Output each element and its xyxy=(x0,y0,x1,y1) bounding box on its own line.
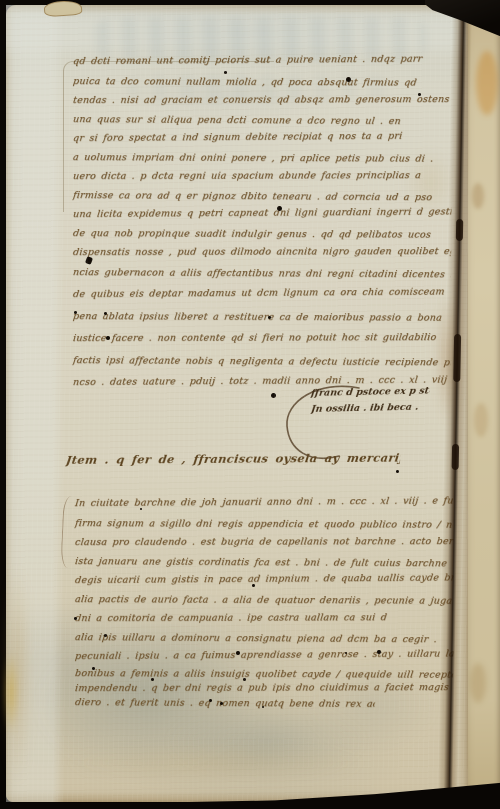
text-line: pecuniali . ipsiu . a ca fuimus aprendia… xyxy=(74,647,454,663)
ink-blot xyxy=(74,311,77,314)
text-line: qr si foro spectat a ind signum debite r… xyxy=(72,129,452,145)
text-line: alia pactis de aurio facta . a alia de q… xyxy=(74,593,453,608)
text-line: de qua nob propinque suadit indulgir gen… xyxy=(72,227,451,242)
text-line: firmisse ca ora ad q er pignoz dbito ten… xyxy=(72,189,451,204)
ink-blot xyxy=(92,667,95,670)
ink-blot xyxy=(140,508,142,510)
text-line: bonibus a feminis a aliis insuigis quoli… xyxy=(74,667,453,682)
section-heading: Jtem . q fer de , ffranciscus oysela ay … xyxy=(65,450,402,469)
text-line: alia ipis uillaru a dominoru a consignat… xyxy=(74,631,453,646)
stain xyxy=(476,51,498,115)
ink-blot xyxy=(104,634,107,637)
ink-blot xyxy=(346,77,351,82)
annotation-line: Jn ossilia . ibi beca . xyxy=(310,401,430,417)
text-line: dispensatis nosse , pud quos dilmodo ain… xyxy=(72,245,452,259)
torn-edge-chip xyxy=(44,0,83,17)
text-line: qd dcti romani unt comitj pcioris sut a … xyxy=(72,52,452,68)
ink-blot xyxy=(224,71,227,74)
text-line: ista januaru ane gistis cordinatis fca e… xyxy=(74,555,453,570)
text-line: factis ipsi affectante nobis q negligent… xyxy=(72,354,451,369)
text-line: dni a comitoria de campuania . ipe castr… xyxy=(74,611,388,625)
ink-blot xyxy=(396,470,399,473)
ink-blot xyxy=(104,312,107,315)
ink-blot xyxy=(345,652,347,654)
stain xyxy=(472,183,484,209)
text-line: firma signum a sigillo dni regis appendi… xyxy=(74,517,453,532)
text-line: a uolumus impriam dni onini ponere , pri… xyxy=(72,151,451,166)
text-line: In ciuitate barchne die joh januarii ann… xyxy=(74,494,454,510)
ink-blot xyxy=(74,617,77,620)
crease-knot xyxy=(452,444,459,470)
stain xyxy=(470,663,486,703)
ink-blot xyxy=(252,584,255,587)
text-line: impendendu . q ber dni regis a pub ipis … xyxy=(74,681,454,695)
stain xyxy=(166,705,366,777)
text-line: tendas . nisi ad graciam et conuersis qd… xyxy=(72,93,452,107)
ink-blot xyxy=(209,699,212,702)
text-line: una quas sur si aliqua pena dcti comune … xyxy=(72,113,451,128)
stain xyxy=(474,403,488,437)
ink-blot xyxy=(271,393,276,398)
under-leaf-edge xyxy=(6,5,64,802)
annotation-line: ffranc d pstoce ex p sto xyxy=(310,385,430,401)
notary-annotation: ffranc d pstoce ex p sto Jn ossilia . ib… xyxy=(303,384,431,422)
crease-knot xyxy=(453,334,461,382)
ink-blot xyxy=(220,702,223,705)
ink-blot xyxy=(268,316,271,319)
ink-blot xyxy=(277,206,282,211)
text-line: ncias gubernacon a aliis affectantibus n… xyxy=(72,266,451,281)
text-line: una licita expidemus q petri capneat dni… xyxy=(72,205,452,221)
stain xyxy=(66,741,366,785)
ink-blot xyxy=(418,93,421,96)
manuscript-page: qd dcti romani unt comitj pcioris sut a … xyxy=(6,5,468,802)
text-line: diero . et fuerit unis . eq nomen quatq … xyxy=(74,696,375,711)
text-line: iustice facere . non contente qd si fier… xyxy=(72,331,452,345)
text-line: degis uicarii cum gistis in pace ad impn… xyxy=(74,571,454,587)
ink-blot xyxy=(236,651,240,655)
ink-blot xyxy=(377,650,381,654)
text-line: uero dicta . p dcta regni uia spacium ab… xyxy=(72,169,452,183)
text-line: pena ablata ipsius liberet a restituere … xyxy=(72,310,451,325)
ink-blot xyxy=(85,256,93,265)
ink-blot xyxy=(151,678,154,681)
photo-background: qd dcti romani unt comitj pcioris sut a … xyxy=(0,0,500,809)
ink-blot xyxy=(243,678,246,681)
crease-knot xyxy=(456,219,463,241)
ink-blot xyxy=(262,706,264,708)
ink-blot xyxy=(106,336,110,340)
text-line: de quibus eis deptar madamus ut dcm lign… xyxy=(72,285,452,301)
text-line: puica ta dco comuni nullam miolia , qd p… xyxy=(72,75,451,90)
text-line: clausa pro claudendo . est bugria de cap… xyxy=(74,535,454,549)
